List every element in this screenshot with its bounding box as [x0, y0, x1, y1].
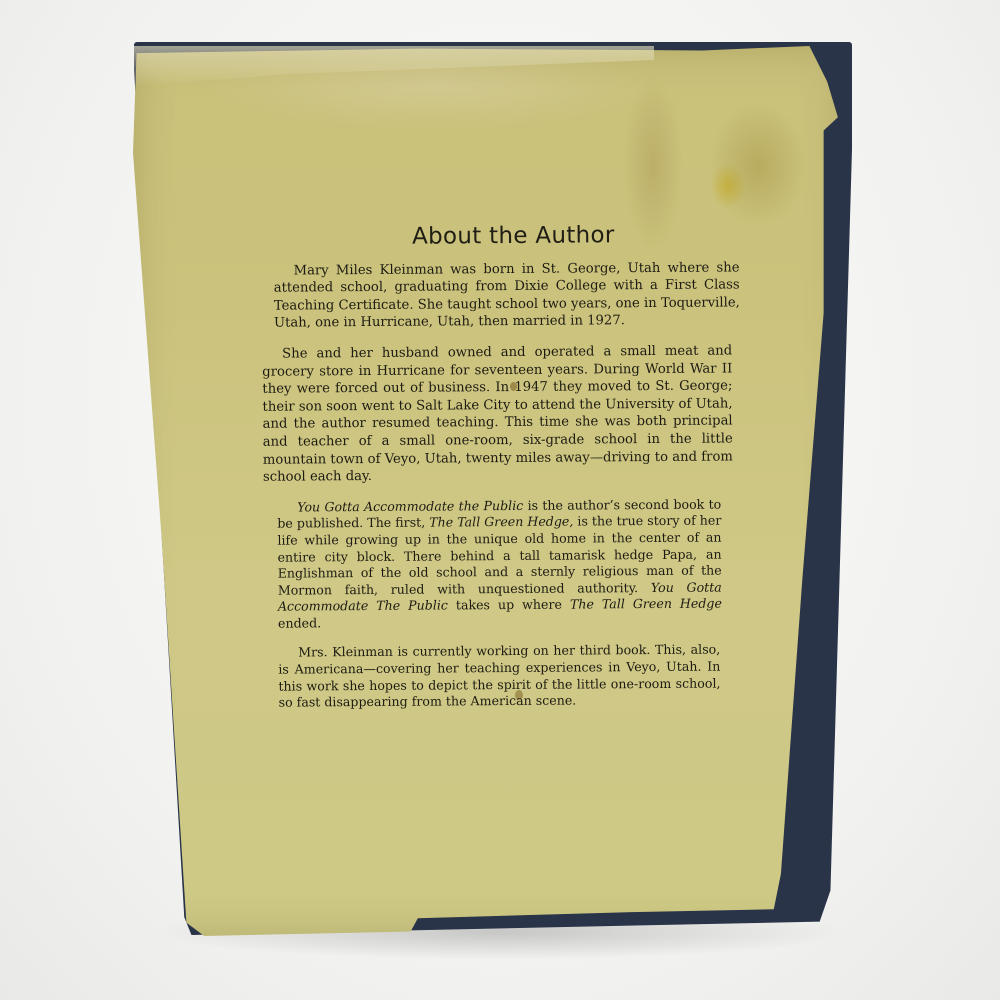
author-paragraph: Mary Miles Kleinman was born in St. Geor…: [274, 259, 740, 333]
author-paragraph: Mrs. Kleinman is currently working on he…: [278, 642, 720, 711]
paragraph-text: ended.: [278, 615, 321, 630]
about-the-author-section: About the Author Mary Miles Kleinman was…: [253, 226, 766, 724]
paragraph-text: Mary Miles Kleinman was born in St. Geor…: [274, 260, 740, 331]
book-title-text: The Tall Green Hedge: [570, 596, 722, 612]
author-paragraph: You Gotta Accommodate the Public is the …: [277, 496, 722, 632]
paragraph-text: takes up where: [448, 597, 570, 613]
book-title-text: You Gotta Accommodate the Public: [297, 498, 523, 515]
paragraph-text: She and her husband owned and operated a…: [262, 343, 733, 484]
book-title-text: The Tall Green Hedge,: [429, 514, 573, 530]
author-paragraph: She and her husband owned and operated a…: [262, 342, 733, 486]
paragraph-text: Mrs. Kleinman is currently working on he…: [278, 642, 720, 710]
section-title: About the Author: [253, 226, 763, 247]
